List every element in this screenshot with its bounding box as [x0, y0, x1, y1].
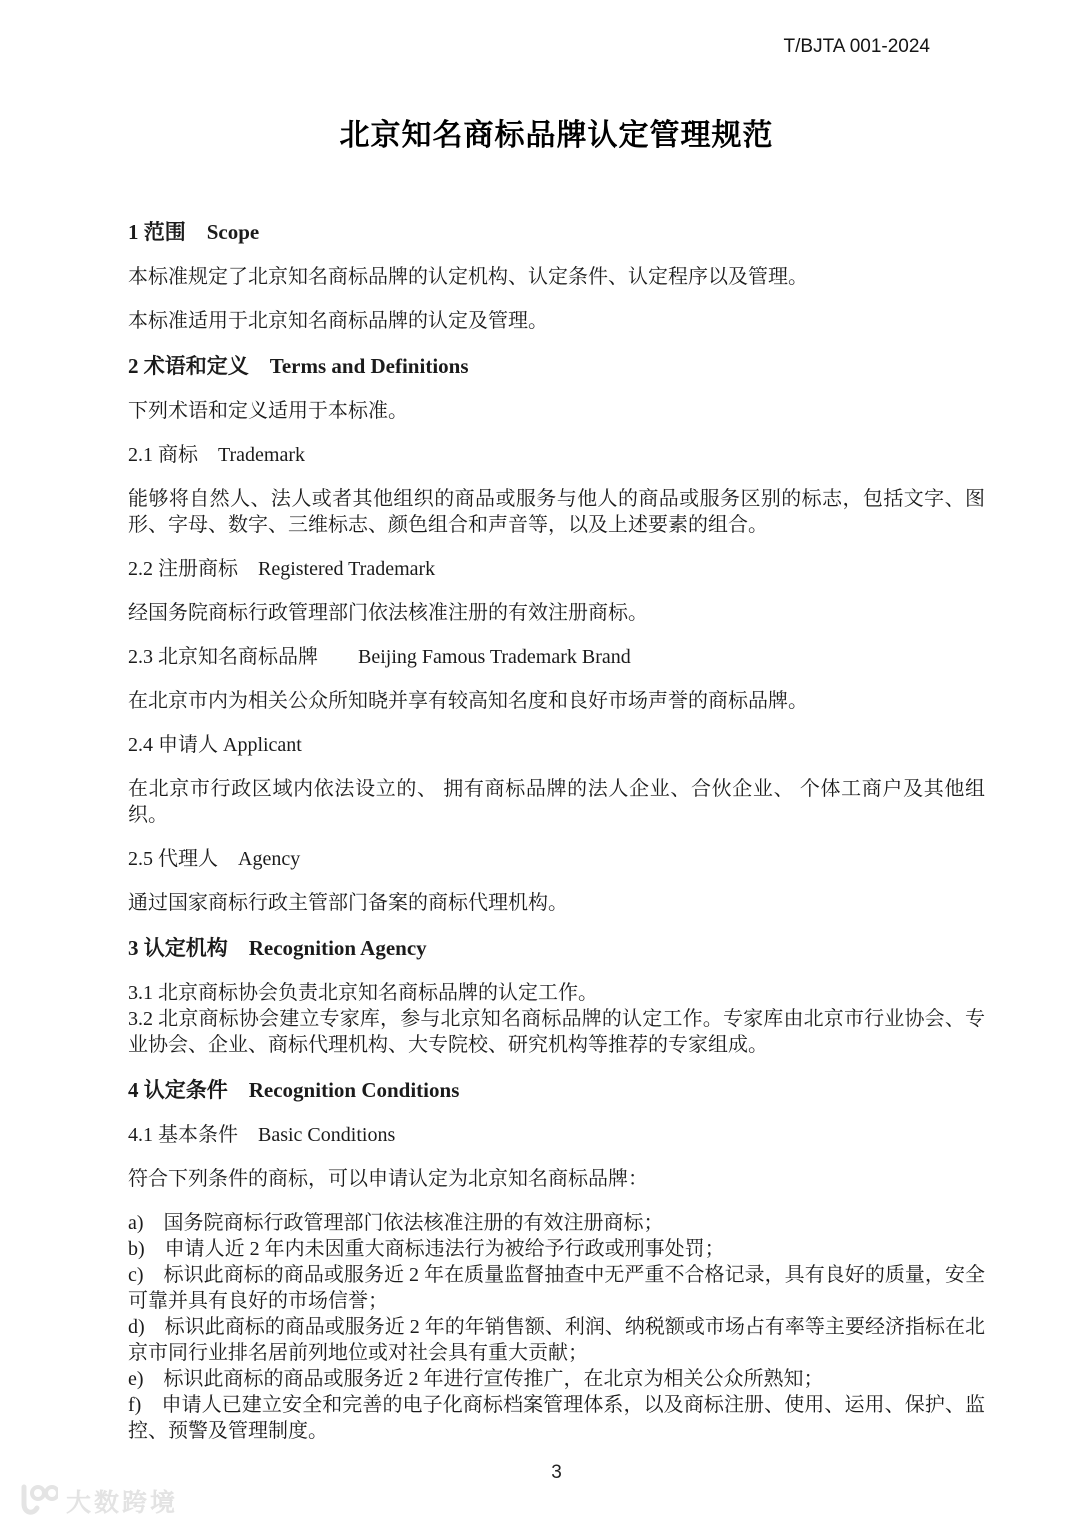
doc-paragraph: 在北京市内为相关公众所知晓并享有较高知名度和良好市场声誉的商标品牌。 — [128, 688, 985, 714]
document-body: 1 范围 Scope本标准规定了北京知名商标品牌的认定机构、认定条件、认定程序以… — [128, 218, 985, 1444]
doc-line: c) 标识此商标的商品或服务近 2 年在质量监督抽查中无严重不合格记录，具有良好… — [128, 1262, 985, 1314]
watermark: 大数跨境 — [14, 1483, 178, 1519]
doc-paragraph: 符合下列条件的商标，可以申请认定为北京知名商标品牌： — [128, 1166, 985, 1192]
section-heading: 4 认定条件 Recognition Conditions — [128, 1076, 985, 1104]
doc-paragraph: 能够将自然人、法人或者其他组织的商品或服务与他人的商品或服务区别的标志，包括文字… — [128, 486, 985, 538]
doc-paragraph: 下列术语和定义适用于本标准。 — [128, 398, 985, 424]
doc-line: e) 标识此商标的商品或服务近 2 年进行宣传推广，在北京为相关公众所熟知； — [128, 1366, 985, 1392]
doc-line-group: a) 国务院商标行政管理部门依法核准注册的有效注册商标；b) 申请人近 2 年内… — [128, 1210, 985, 1444]
watermark-text: 大数跨境 — [66, 1483, 178, 1519]
section-heading: 2 术语和定义 Terms and Definitions — [128, 352, 985, 380]
section-heading: 3 认定机构 Recognition Agency — [128, 934, 985, 962]
doc-line: f) 申请人已建立安全和完善的电子化商标档案管理体系，以及商标注册、使用、运用、… — [128, 1392, 985, 1444]
doc-line: a) 国务院商标行政管理部门依法核准注册的有效注册商标； — [128, 1210, 985, 1236]
term-heading: 2.2 注册商标 Registered Trademark — [128, 556, 985, 582]
doc-line: b) 申请人近 2 年内未因重大商标违法行为被给予行政或刑事处罚； — [128, 1236, 985, 1262]
doc-title: 北京知名商标品牌认定管理规范 — [128, 116, 985, 156]
doc-code: T/BJTA 001-2024 — [128, 36, 985, 58]
page-number: 3 — [128, 1462, 985, 1484]
doc-line: d) 标识此商标的商品或服务近 2 年的年销售额、利润、纳税额或市场占有率等主要… — [128, 1314, 985, 1366]
doc-paragraph: 经国务院商标行政管理部门依法核准注册的有效注册商标。 — [128, 600, 985, 626]
doc-paragraph: 本标准规定了北京知名商标品牌的认定机构、认定条件、认定程序以及管理。 — [128, 264, 985, 290]
document-page: T/BJTA 001-2024 北京知名商标品牌认定管理规范 1 范围 Scop… — [0, 0, 1080, 1527]
doc-line-group: 3.1 北京商标协会负责北京知名商标品牌的认定工作。3.2 北京商标协会建立专家… — [128, 980, 985, 1058]
section-heading: 1 范围 Scope — [128, 218, 985, 246]
term-heading: 4.1 基本条件 Basic Conditions — [128, 1122, 985, 1148]
term-heading: 2.5 代理人 Agency — [128, 846, 985, 872]
dashu-100-logo-icon — [14, 1483, 58, 1519]
doc-line: 3.1 北京商标协会负责北京知名商标品牌的认定工作。 — [128, 980, 985, 1006]
term-heading: 2.4 申请人 Applicant — [128, 732, 985, 758]
term-heading: 2.1 商标 Trademark — [128, 442, 985, 468]
doc-line: 3.2 北京商标协会建立专家库，参与北京知名商标品牌的认定工作。专家库由北京市行… — [128, 1006, 985, 1058]
doc-paragraph: 通过国家商标行政主管部门备案的商标代理机构。 — [128, 890, 985, 916]
doc-paragraph: 本标准适用于北京知名商标品牌的认定及管理。 — [128, 308, 985, 334]
doc-paragraph: 在北京市行政区域内依法设立的、 拥有商标品牌的法人企业、合伙企业、 个体工商户及… — [128, 776, 985, 828]
term-heading: 2.3 北京知名商标品牌 Beijing Famous Trademark Br… — [128, 644, 985, 670]
